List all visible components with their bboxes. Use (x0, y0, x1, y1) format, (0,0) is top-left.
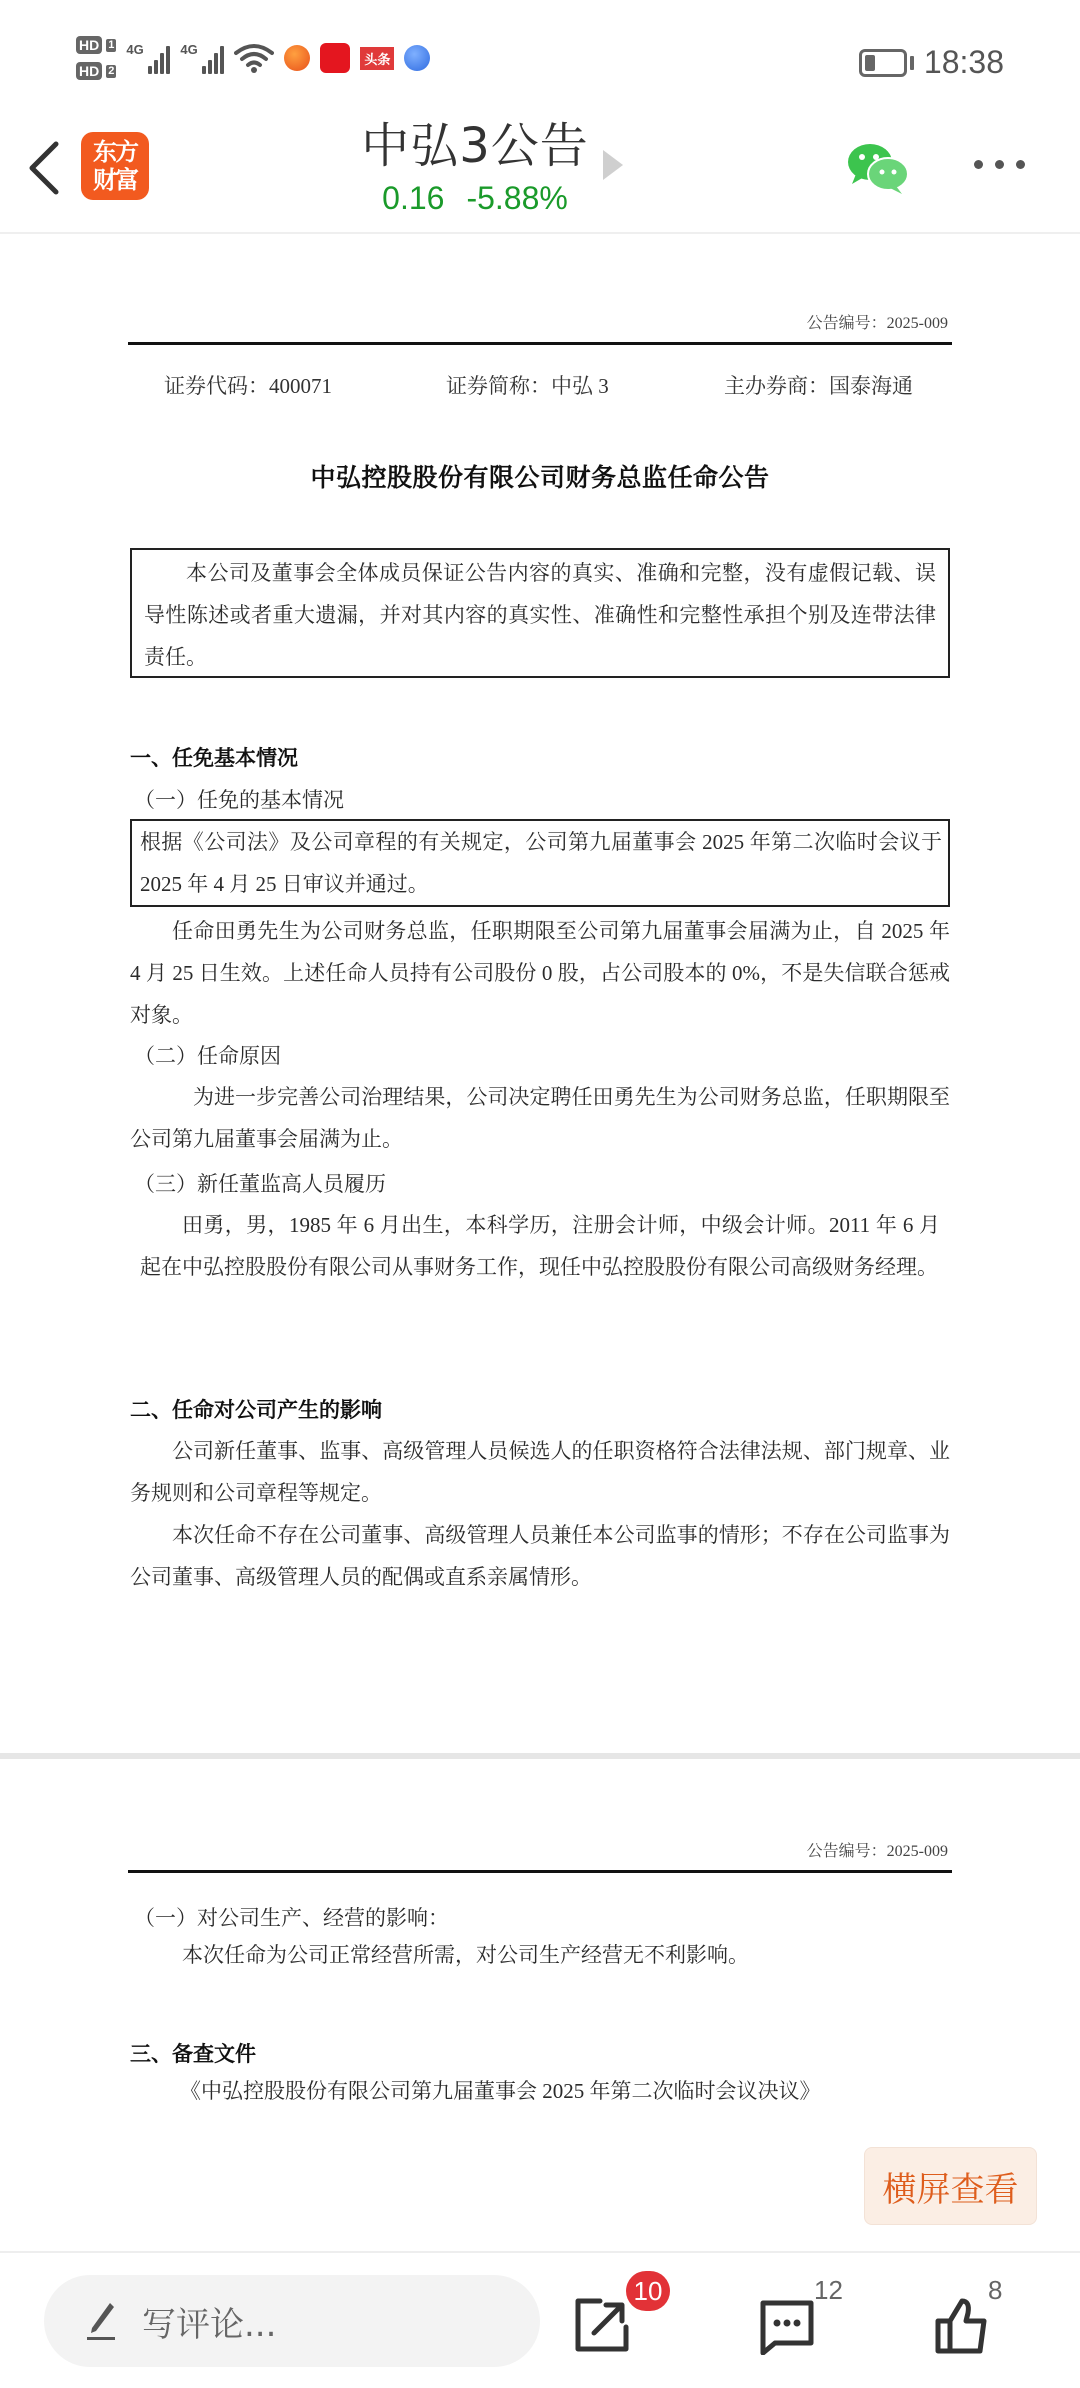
section-1-sub1-heading: （一）任免的基本情况 (134, 784, 344, 814)
pencil-icon (84, 2299, 124, 2343)
share-count-badge: 10 (626, 2271, 670, 2311)
appointment-text: 任命田勇先生为公司财务总监，任职期限至公司第九届董事会届满为止，自 2025 年… (130, 910, 950, 1036)
nav-header: 东方 财富 中弘3公告 0.16-5.88% (0, 110, 1080, 234)
comment-placeholder: 写评论... (142, 2297, 276, 2346)
resolution-text: 根据《公司法》及公司章程的有关规定，公司第九届董事会 2025 年第二次临时会议… (140, 821, 942, 905)
comment-button[interactable] (757, 2295, 817, 2355)
section-3-heading: 三、备查文件 (130, 2038, 256, 2068)
orange-app-icon (284, 45, 310, 71)
resume-text: 田勇，男，1985 年 6 月出生，本科学历，注册会计师，中级会计师。2011 … (140, 1204, 940, 1288)
comment-input[interactable]: 写评论... (44, 2275, 540, 2367)
security-code: 证券代码：400071 (164, 370, 332, 400)
section-2-para-1: 公司新任董事、监事、高级管理人员候选人的任职资格符合法律法规、部门规章、业务规则… (130, 1430, 950, 1514)
stock-quote: 0.16-5.88% (360, 178, 590, 218)
section-1-sub3-heading: （三）新任董监高人员履历 (134, 1168, 386, 1198)
toutiao-icon: 头条 (360, 47, 394, 70)
disclaimer-box: 本公司及董事会全体成员保证公告内容的真实、准确和完整，没有虚假记载、误导性陈述或… (130, 548, 950, 678)
header-rule (128, 1870, 952, 1873)
more-button[interactable] (974, 160, 1025, 169)
more-dots-icon (974, 160, 983, 169)
status-bar: HD1 HD2 4G 4G 头条 18:38 (0, 0, 1080, 120)
page-title: 中弘3公告 (360, 114, 590, 178)
disclaimer-text: 本公司及董事会全体成员保证公告内容的真实、准确和完整，没有虚假记载、误导性陈述或… (144, 552, 936, 678)
comment-count: 12 (814, 2275, 843, 2306)
header-rule (128, 342, 952, 345)
section-1-sub2-heading: （二）任命原因 (134, 1040, 281, 1070)
clock: 18:38 (924, 44, 1004, 81)
status-left: HD1 HD2 4G 4G 头条 (76, 36, 430, 80)
like-button[interactable] (932, 2295, 992, 2355)
reason-text: 为进一步完善公司治理结果，公司决定聘任田勇先生为公司财务总监，任职期限至公司第九… (130, 1076, 950, 1160)
hd-voice-icon: HD (76, 36, 102, 54)
like-count: 8 (988, 2275, 1002, 2306)
page-separator (0, 1753, 1080, 1759)
hd-indicators: HD1 HD2 (76, 36, 116, 80)
app-logo: 东方 财富 (81, 132, 149, 200)
share-button[interactable] (572, 2295, 632, 2355)
section-2-para-2: 本次任命不存在公司董事、高级管理人员兼任本公司监事的情形；不存在公司监事为公司董… (130, 1514, 950, 1598)
red-app-icon (320, 43, 350, 73)
announcement-number: 公告编号：2025-009 (807, 1838, 948, 1861)
resolution-box: 根据《公司法》及公司章程的有关规定，公司第九届董事会 2025 年第二次临时会议… (130, 819, 950, 907)
signal-icon: 4G (126, 42, 170, 74)
status-right: 18:38 (859, 44, 1004, 81)
broker: 主办券商：国泰海通 (724, 370, 913, 400)
title-block: 中弘3公告 0.16-5.88% (360, 114, 590, 218)
stock-change-pct: -5.88% (466, 180, 567, 216)
browser-planet-icon (404, 45, 430, 71)
stock-price: 0.16 (382, 180, 444, 216)
quote-arrow-icon[interactable] (603, 150, 623, 180)
impact-sub-heading: （一）对公司生产、经营的影响： (134, 1902, 449, 1932)
back-button[interactable] (22, 138, 66, 198)
impact-text: 本次任命为公司正常经营所需，对公司生产经营无不利影响。 (182, 1934, 942, 1976)
wechat-icon[interactable] (846, 140, 910, 196)
signal-icon: 4G (180, 42, 224, 74)
section-2-heading: 二、任命对公司产生的影响 (130, 1394, 382, 1424)
section-1-heading: 一、任免基本情况 (130, 742, 298, 772)
bottom-action-bar: 写评论... 10 12 8 (0, 2251, 1080, 2388)
hd-voice-icon: HD (76, 62, 102, 80)
landscape-view-button[interactable]: 横屏查看 (864, 2147, 1037, 2225)
announcement-number: 公告编号：2025-009 (807, 310, 948, 333)
document-title: 中弘控股股份有限公司财务总监任命公告 (0, 458, 1080, 494)
security-name: 证券简称：中弘 3 (446, 370, 609, 400)
battery-icon (859, 49, 907, 77)
wifi-icon (234, 43, 274, 73)
reference-document: 《中弘控股股份有限公司第九届董事会 2025 年第二次临时会议决议》 (180, 2070, 960, 2112)
